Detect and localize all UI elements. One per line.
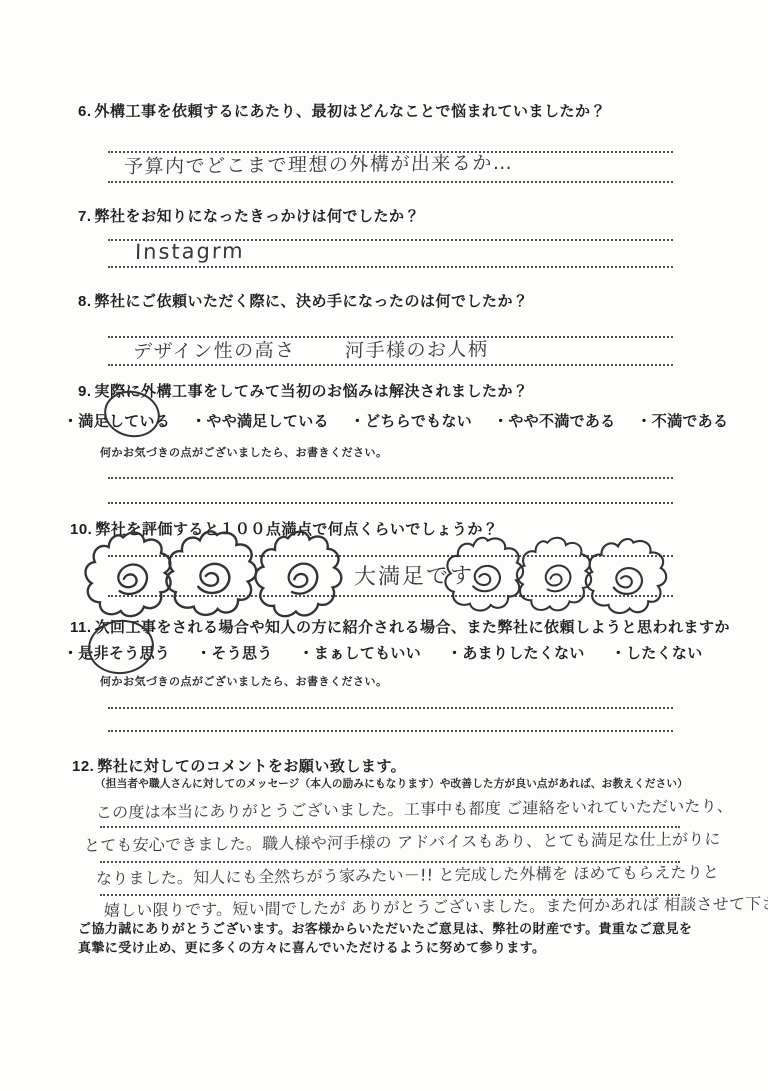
question-10-text: 弊社を評価すると１００点満点で何点くらいでしょうか？: [95, 521, 498, 538]
answer-line: [108, 555, 673, 557]
option-maybe: ・まぁしてもいい: [299, 642, 421, 663]
flower-doodle-icon: [580, 530, 674, 622]
question-6-text: 外構工事を依頼するにあたり、最初はどんなことで悩まれていましたか？: [95, 103, 607, 120]
option-no: ・したくない: [611, 642, 703, 663]
question-6-number: 6.: [78, 103, 92, 120]
option-dissatisfied: ・不満である: [636, 410, 728, 431]
question-11-options: ・是非そう思う ・そう思う ・まぁしてもいい ・あまりしたくない ・したくない: [63, 642, 703, 663]
question-9-options: ・満足している ・やや満足している ・どちらでもない ・やや不満である ・不満で…: [63, 410, 728, 431]
question-10-label: 10.弊社を評価すると１００点満点で何点くらいでしょうか？: [70, 518, 498, 539]
option-rather-not: ・あまりしたくない: [447, 642, 585, 663]
answer-line: [108, 477, 673, 479]
question-11-number: 11.: [70, 619, 92, 636]
question-7-text: 弊社をお知りになったきっかけは何でしたか？: [95, 208, 421, 225]
survey-scan-page: 6.外構工事を依頼するにあたり、最初はどんなことで悩まれていましたか？ 予算内で…: [0, 0, 768, 1091]
question-9-number: 9.: [78, 383, 92, 400]
question-12-text: 弊社に対してのコメントをお願い致します。: [97, 758, 406, 775]
flower-doodle-icon: [82, 529, 176, 620]
option-somewhat-satisfied: ・やや満足している: [191, 410, 329, 431]
question-11-label: 11.次回工事をされる場合や知人の方に紹介される場合、また弊社に依頼しようと思わ…: [70, 616, 730, 637]
flower-doodle-icon: [247, 528, 350, 623]
comment-line-2-handwriting: とても安心できました。職人様や河手様の アドバイスもあり、とても満足な仕上がりに: [84, 826, 721, 856]
question-6-answer-handwriting: 予算内でどこまで理想の外構が出来るか…: [124, 148, 514, 179]
question-8-text: 弊社にご依頼いただく際に、決め手になったのは何でしたか？: [95, 293, 529, 310]
answer-line: [108, 364, 673, 366]
question-12-label: 12.弊社に対してのコメントをお願い致します。: [72, 755, 406, 776]
question-11-note: 何かお気づきの点がございましたら、お書きください。: [100, 673, 388, 689]
answer-line: [108, 266, 673, 268]
answer-line: [108, 181, 673, 183]
question-9-note: 何かお気づきの点がございましたら、お書きください。: [100, 444, 388, 460]
comment-line-1-handwriting: この度は本当にありがとうございました。工事中も都度 ご連絡をいれていただいたり、: [96, 793, 734, 823]
question-10-answer-handwriting: 大満足です: [354, 559, 475, 591]
answer-line: [108, 595, 673, 597]
answer-line: [108, 730, 673, 732]
flower-doodle-icon: [161, 528, 262, 622]
question-12-subnote: （担当者や職人さんに対してのメッセージ（本人の励みにもなります）や改善した方が良…: [95, 776, 688, 791]
option-yes: ・そう思う: [196, 642, 273, 663]
question-11-text: 次回工事をされる場合や知人の方に紹介される場合、また弊社に依頼しようと思われます…: [95, 619, 731, 636]
footer-thanks-line-1: ご協力誠にありがとうございます。お客様からいただいたご意見は、弊社の財産です。貴…: [78, 918, 692, 937]
option-somewhat-dissatisfied: ・やや不満である: [493, 410, 615, 431]
answer-line: [108, 502, 673, 504]
flower-doodle-icon: [512, 533, 597, 617]
question-7-answer-handwriting: Instagrm: [135, 239, 245, 264]
question-8-number: 8.: [78, 293, 92, 310]
footer-thanks-line-2: 真摯に受け止め、更に多くの方々に喜んでいただけるように努めて参ります。: [78, 937, 545, 956]
question-7-label: 7.弊社をお知りになったきっかけは何でしたか？: [78, 205, 420, 226]
comment-line-3-handwriting: なりました。知人にも全然ちがう家みたい－!! と完成した外構を ほめてもらえたり…: [96, 859, 720, 889]
question-8-label: 8.弊社にご依頼いただく際に、決め手になったのは何でしたか？: [78, 290, 529, 311]
question-8-answer1-handwriting: デザイン性の高さ: [133, 335, 296, 364]
question-7-number: 7.: [78, 208, 92, 225]
option-neutral: ・どちらでもない: [350, 410, 472, 431]
question-12-number: 12.: [72, 758, 94, 775]
question-6-label: 6.外構工事を依頼するにあたり、最初はどんなことで悩まれていましたか？: [78, 100, 606, 121]
question-8-answer2-handwriting: 河手様のお人柄: [345, 334, 489, 363]
question-10-number: 10.: [70, 521, 92, 538]
answer-line: [108, 707, 673, 709]
question-9-text: 実際に外構工事をしてみて当初のお悩みは解決されましたか？: [95, 383, 529, 400]
